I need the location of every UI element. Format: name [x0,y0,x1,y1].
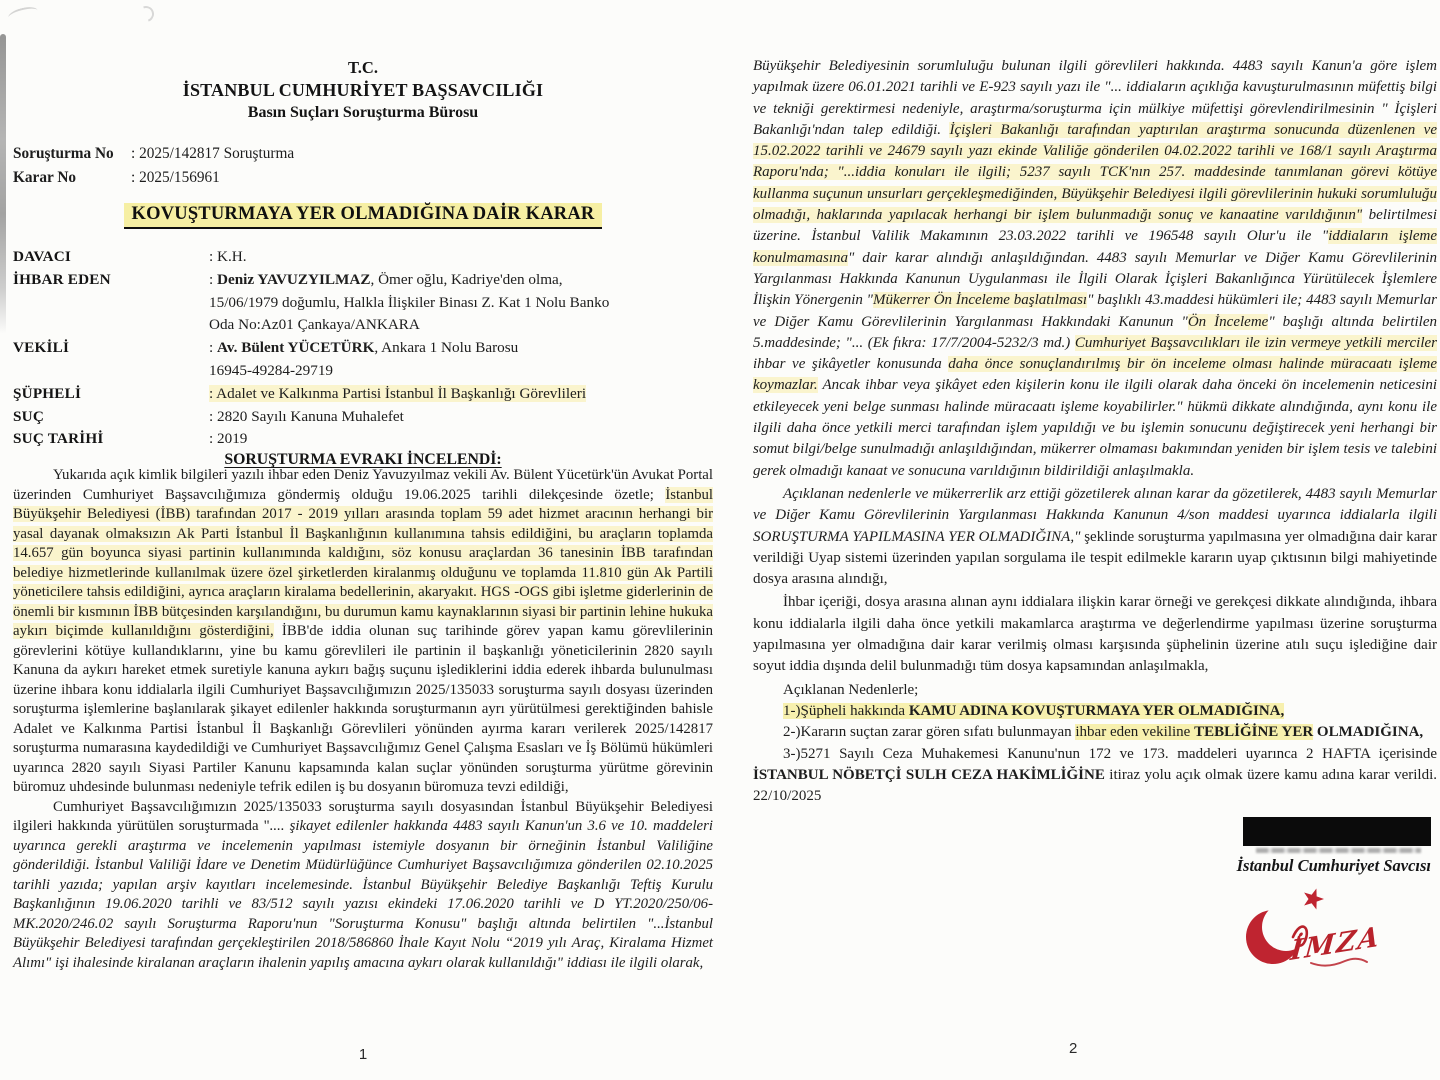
case-meta: Soruşturma No : 2025/142817 Soruşturma K… [13,142,294,190]
meta-value: : 2025/156961 [131,166,220,190]
text-run: İhbar içeriği, dosya arasına alınan aynı… [753,594,1437,674]
document-title-wrap: KOVUŞTURMAYA YER OLMADIĞINA DAİR KARAR [13,203,713,229]
text-run: İBB'de iddia olunan suç tarihinde görev … [13,623,713,795]
party-value: : 2820 Sayılı Kanuna Muhalefet [209,406,713,429]
letterhead-tc: T.C. [13,57,713,79]
page-number-2: 2 [1069,1040,1077,1057]
text-run: : Adalet ve Kalkınma Partisi İstanbul İl… [209,385,586,402]
decision-item-1: 1-)Şüpheli hakkında KAMU ADINA KOVUŞTURM… [753,701,1437,722]
text-run: OLMADIĞINA, [1317,724,1423,740]
prosecutor-title: İstanbul Cumhuriyet Savcısı [1159,856,1431,876]
text-run: Cumhuriyet Başsavcılıkları ile izin verm… [1075,335,1437,351]
decision-item-3: 3-)5271 Sayılı Ceza Muhakemesi Kanunu'nu… [753,744,1437,808]
body-paragraph-4: Açıklanan nedenlerle ve mükerrerlik arz … [753,484,1437,590]
text-run: : [209,271,217,288]
party-row-supheli: ŞÜPHELİ : Adalet ve Kalkınma Partisi İst… [13,383,713,406]
page-2: Büyükşehir Belediyesinin sorumluluğu bul… [753,0,1437,1080]
signature-stamp-icon: İMZA [1239,879,1407,979]
decision-item-2: 2-)Kararın suçtan zarar gören sıfatı bul… [753,722,1437,743]
text-run: İSTANBUL NÖBETÇİ SULH CEZA HAKİMLİĞİNE [753,767,1105,783]
page-number-1: 1 [13,1046,713,1063]
letterhead: T.C. İSTANBUL CUMHURİYET BAŞSAVCILIĞI Ba… [13,57,713,124]
text-run: 1-)Şüpheli hakkında [783,703,909,719]
text-run: Ön İnceleme [1188,314,1268,330]
party-label: ŞÜPHELİ [13,383,209,406]
party-row-vekili: VEKİLİ : Av. Bülent YÜCETÜRK, Ankara 1 N… [13,337,713,383]
document-title: KOVUŞTURMAYA YER OLMADIĞINA DAİR KARAR [124,203,603,229]
meta-label: Soruşturma No [13,142,131,166]
text-run: Ancak ihbar veya şikâyet eden kişilerin … [753,377,1437,478]
text-run: 2-)Kararın suçtan zarar gören sıfatı bul… [783,724,1075,740]
body-paragraph-5: İhbar içeriği, dosya arasına alınan aynı… [753,592,1437,677]
party-row-suc-tarihi: SUÇ TARİHİ : 2019 [13,428,713,451]
parties-table: DAVACI : K.H. İHBAR EDEN : Deniz YAVUZYI… [13,246,713,451]
page-1: T.C. İSTANBUL CUMHURİYET BAŞSAVCILIĞI Ba… [13,0,713,1080]
text-run: : K.H. [209,248,247,265]
party-value: : Deniz YAVUZYILMAZ, Ömer oğlu, Kadriye'… [209,269,713,337]
text-run: Açıklanan Nedenlerle; [783,682,918,698]
redaction-box [1243,817,1431,846]
text-run: KAMU ADINA KOVUŞTURMAYA YER OLMADIĞINA, [909,703,1284,719]
party-value: : K.H. [209,246,713,269]
decision-intro: Açıklanan Nedenlerle; [753,680,1437,701]
page1-body: Yukarıda açık kimlik bilgileri yazılı ih… [13,466,713,973]
text-run: 3-)5271 Sayılı Ceza Muhakemesi Kanunu'nu… [783,746,1437,762]
party-row-ihbar-eden: İHBAR EDEN : Deniz YAVUZYILMAZ, Ömer oğl… [13,269,713,337]
party-row-suc: SUÇ : 2820 Sayılı Kanuna Muhalefet [13,406,713,429]
text-run: ihbar ve şikâyetler konusunda [753,356,948,372]
text-run: Deniz YAVUZYILMAZ [217,271,370,288]
text-run: : 2820 Sayılı Kanuna Muhalefet [209,408,404,425]
party-label: SUÇ [13,406,209,429]
page2-body: Büyükşehir Belediyesinin sorumluluğu bul… [753,0,1437,807]
body-paragraph-2: Cumhuriyet Başsavcılığımızın 2025/135033… [13,798,713,974]
body-paragraph-3: Büyükşehir Belediyesinin sorumluluğu bul… [753,56,1437,482]
meta-value: : 2025/142817 Soruşturma [131,142,294,166]
party-label: VEKİLİ [13,337,209,383]
text-run: Mükerrer Ön İnceleme başlatılması [873,292,1087,308]
text-run: TEBLİĞİNE YER [1194,724,1313,740]
party-value: : Adalet ve Kalkınma Partisi İstanbul İl… [209,383,713,406]
meta-label: Karar No [13,166,131,190]
meta-row-sorusturma-no: Soruşturma No : 2025/142817 Soruşturma [13,142,294,166]
party-label: SUÇ TARİHİ [13,428,209,451]
meta-row-karar-no: Karar No : 2025/156961 [13,166,294,190]
party-value: : 2019 [209,428,713,451]
text-run: : 2019 [209,430,247,447]
text-run: ihbar eden vekiline [1075,724,1194,740]
party-row-davaci: DAVACI : K.H. [13,246,713,269]
letterhead-office: İSTANBUL CUMHURİYET BAŞSAVCILIĞI [13,79,713,102]
text-run: Av. Bülent YÜCETÜRK [217,339,374,356]
scanned-document: T.C. İSTANBUL CUMHURİYET BAŞSAVCILIĞI Ba… [0,0,1440,1080]
letterhead-bureau: Basın Suçları Soruşturma Bürosu [13,102,713,124]
body-paragraph-1: Yukarıda açık kimlik bilgileri yazılı ih… [13,466,713,798]
redacted-text-remnant [1256,848,1421,853]
text-run: .... şikayet edilenler hakkında 4483 say… [13,818,713,971]
text-run: : [209,339,217,356]
signature-block: İstanbul Cumhuriyet Savcısı İMZA [1159,817,1431,979]
text-run: Yukarıda açık kimlik bilgileri yazılı ih… [13,467,713,503]
scan-artifact [0,34,6,334]
text-run: İstanbul Büyükşehir Belediyesi (İBB) tar… [13,487,713,640]
party-label: DAVACI [13,246,209,269]
party-label: İHBAR EDEN [13,269,209,337]
party-value: : Av. Bülent YÜCETÜRK, Ankara 1 Nolu Bar… [209,337,713,383]
